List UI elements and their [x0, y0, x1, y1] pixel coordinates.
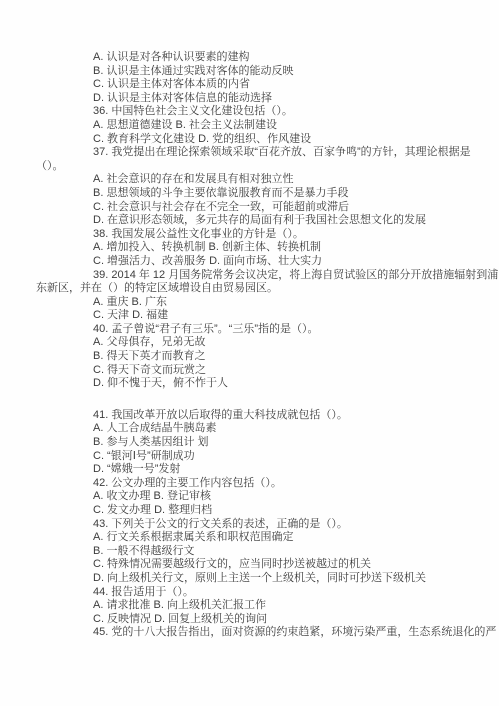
option-line: A. 父母俱存，兄弟无故 — [36, 336, 471, 350]
option-line: C. “银河Ⅰ号”研制成功 — [36, 450, 471, 464]
option-line: C. 反映情况 D. 回复上级机关的询问 — [36, 613, 471, 627]
option-line: B. 一般不得越级行文 — [36, 545, 471, 559]
question-line: 40. 孟子曾说“君子有三乐”。“三乐”指的是（）。 — [36, 323, 471, 337]
option-line: C. 认识是主体对客体本质的内省 — [36, 78, 471, 92]
option-line: C. 得天下奇文而玩赏之 — [36, 364, 471, 378]
option-line: C. 教育科学文化建设 D. 党的组织、作风建设 — [36, 133, 471, 147]
option-line: A. 思想道德建设 B. 社会主义法制建设 — [36, 119, 471, 133]
option-line: B. 思想领域的斗争主要依靠说服教育而不是暴力手段 — [36, 187, 471, 201]
option-line: B. 认识是主体通过实践对客体的能动反映 — [36, 65, 471, 79]
option-line: D. “嫦娥一号”发射 — [36, 463, 471, 477]
option-line: B. 参与人类基因组计 划 — [36, 436, 471, 450]
option-line: D. 仰不愧于天，俯不怍于人 — [36, 377, 471, 391]
option-line: C. 天津 D. 福建 — [36, 309, 471, 323]
exam-page: A. 认识是对各种认识要素的建构B. 认识是主体通过实践对客体的能动反映C. 认… — [0, 0, 499, 706]
option-line: A. 认识是对各种认识要素的建构 — [36, 51, 471, 65]
question-continuation-line: 东新区，并在（）的特定区域增设自由贸易园区。 — [36, 282, 471, 296]
option-line: A. 人工合成结晶牛胰岛素 — [36, 422, 471, 436]
question-line: 36. 中国特色社会主义文化建设包括（）。 — [36, 105, 471, 119]
option-line: B. 得天下英才而教育之 — [36, 350, 471, 364]
question-continuation-line: （）。 — [36, 160, 471, 174]
question-line: 41. 我国改革开放以后取得的重大科技成就包括（）。 — [36, 409, 471, 423]
option-line: A. 行文关系根据隶属关系和职权范围确定 — [36, 531, 471, 545]
option-line: A. 社会意识的存在和发展具有相对独立性 — [36, 173, 471, 187]
option-line: A. 请求批准 B. 向上级机关汇报工作 — [36, 599, 471, 613]
question-line: 42. 公文办理的主要工作内容包括（）。 — [36, 477, 471, 491]
option-line: D. 在意识形态领域，多元共存的局面有利于我国社会思想文化的发展 — [36, 214, 471, 228]
option-line: A. 重庆 B. 广东 — [36, 296, 471, 310]
question-line: 45. 党的十八大报告指出，面对资源的约束趋紧，环境污染严重，生态系统退化的严 — [36, 626, 471, 640]
question-line: 37. 我党提出在理论探索领域采取“百花齐放、百家争鸣”的方针，其理论根据是 — [36, 146, 471, 160]
option-line: D. 认识是主体对客体信息的能动选择 — [36, 92, 471, 106]
option-line: C. 特殊情况需要越级行文的，应当同时抄送被越过的机关 — [36, 558, 471, 572]
option-line: C. 增强活力、改善服务 D. 面向市场、壮大实力 — [36, 255, 471, 269]
question-line: 38. 我国发展公益性文化事业的方针是（）。 — [36, 228, 471, 242]
option-line: A. 收文办理 B. 登记审核 — [36, 490, 471, 504]
option-line: C. 发文办理 D. 整理归档 — [36, 504, 471, 518]
option-line: A. 增加投入、转换机制 B. 创新主体、转换机制 — [36, 241, 471, 255]
question-list: A. 认识是对各种认识要素的建构B. 认识是主体通过实践对客体的能动反映C. 认… — [36, 51, 471, 640]
question-line: 43. 下列关于公文的行文关系的表述，正确的是（）。 — [36, 518, 471, 532]
option-line: D. 向上级机关行文，原则上主送一个上级机关，同时可抄送下级机关 — [36, 572, 471, 586]
question-line: 39. 2014 年 12 月国务院常务会议决定，将上海自贸试验区的部分开放措施… — [36, 269, 471, 283]
option-line: C. 社会意识与社会存在不完全一致，可能超前或滞后 — [36, 201, 471, 215]
question-line: 44. 报告适用于（）。 — [36, 586, 471, 600]
